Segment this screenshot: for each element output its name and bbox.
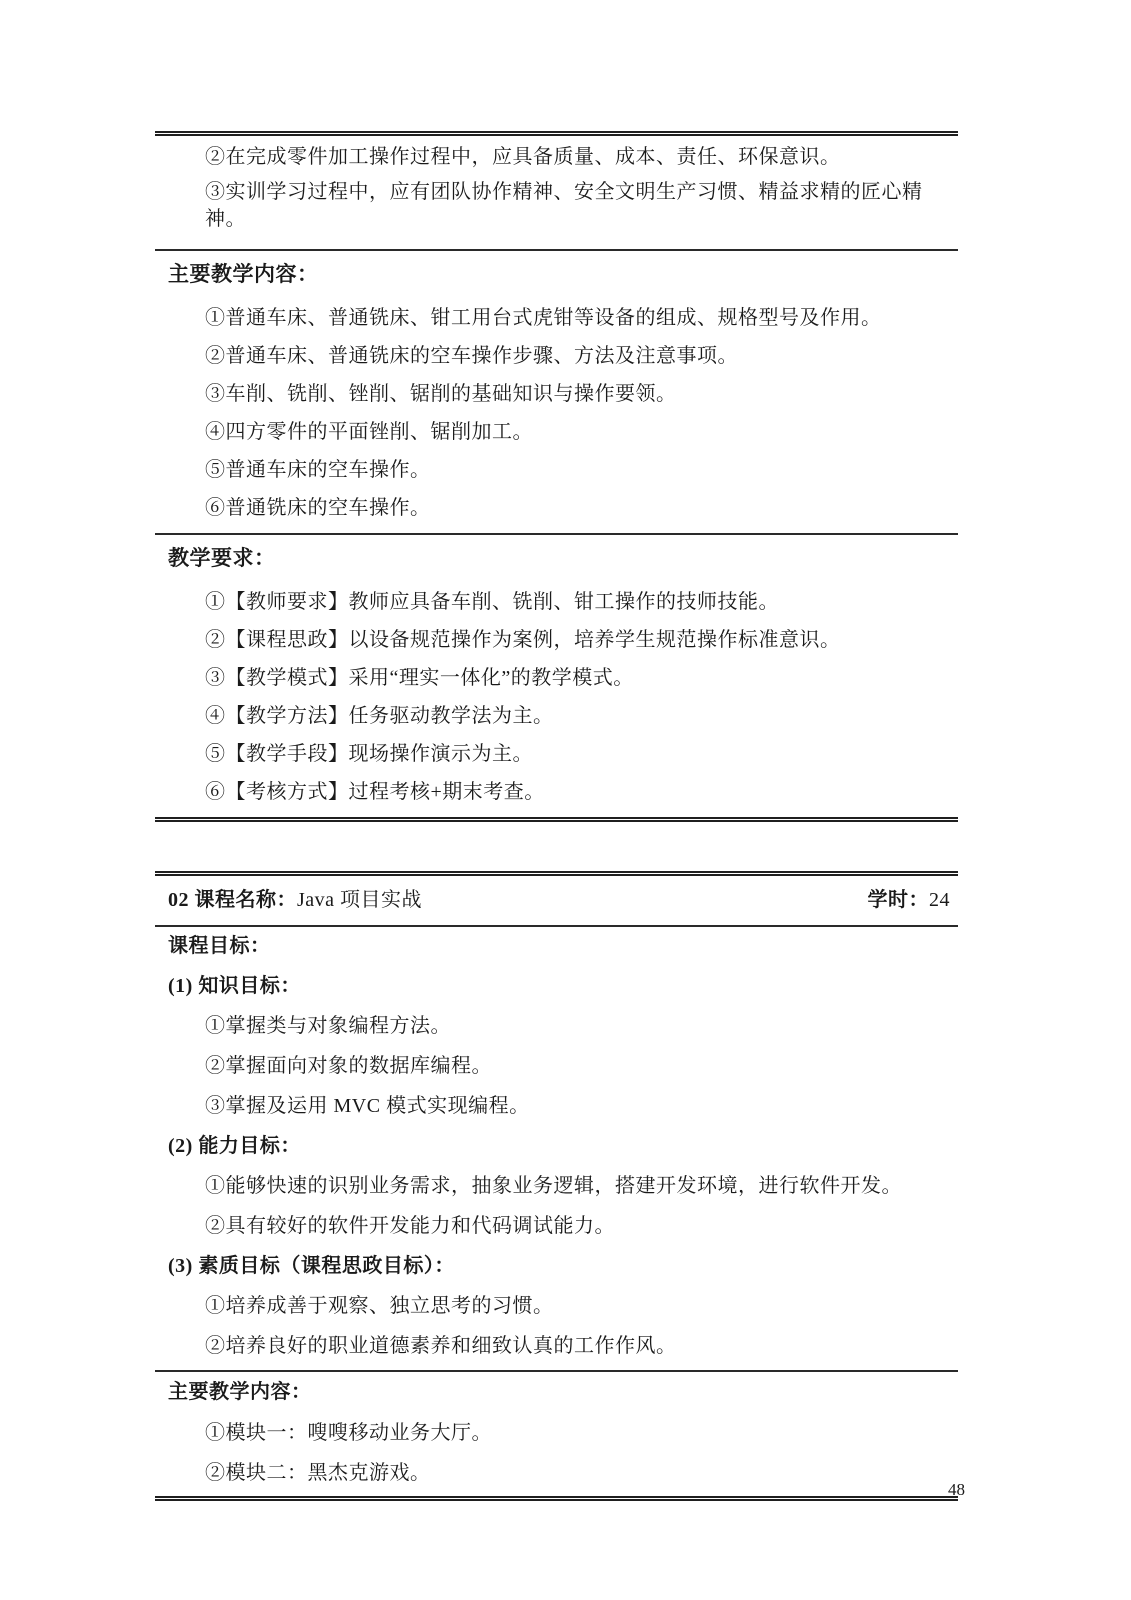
list-item: ②【课程思政】以设备规范操作为案例，培养学生规范操作标准意识。 [155,627,958,654]
list-item: ①【教师要求】教师应具备车削、铣削、钳工操作的技师技能。 [155,589,958,616]
document-page: ②在完成零件加工操作过程中，应具备质量、成本、责任、环保意识。 ③实训学习过程中… [0,0,1131,1600]
list-item: ⑥【考核方式】过程考核+期末考查。 [155,779,958,806]
list-item: ⑤【教学手段】现场操作演示为主。 [155,741,958,768]
objective-group-heading: (1) 知识目标： [155,973,958,1000]
table1-intro-row: ②在完成零件加工操作过程中，应具备质量、成本、责任、环保意识。 ③实训学习过程中… [155,136,958,249]
page-content: ②在完成零件加工操作过程中，应具备质量、成本、责任、环保意识。 ③实训学习过程中… [155,0,958,1501]
list-item: ⑥普通铣床的空车操作。 [155,495,958,522]
list-item: ④【教学方法】任务驱动教学法为主。 [155,703,958,730]
list-item: ①培养成善于观察、独立思考的习惯。 [155,1293,958,1320]
course-table-2: 02 课程名称：Java 项目实战 学时：24 课程目标： (1) 知识目标： … [155,871,958,1501]
section-heading: 教学要求： [155,545,958,573]
course-title: 02 课程名称：Java 项目实战 [168,887,422,914]
objective-group-heading: (2) 能力目标： [155,1133,958,1160]
list-item: ②普通车床、普通铣床的空车操作步骤、方法及注意事项。 [155,343,958,370]
list-item: ②模块二：黑杰克游戏。 [155,1460,958,1487]
course-table-1: ②在完成零件加工操作过程中，应具备质量、成本、责任、环保意识。 ③实训学习过程中… [155,131,958,822]
page-number: 48 [948,1479,965,1501]
course-objectives-section: 课程目标： (1) 知识目标： ①掌握类与对象编程方法。 ②掌握面向对象的数据库… [155,925,958,1370]
list-item: ⑤普通车床的空车操作。 [155,457,958,484]
course-teaching-content-section: 主要教学内容： ①模块一：嗖嗖移动业务大厅。 ②模块二：黑杰克游戏。 [155,1370,958,1496]
hours-value: 24 [929,889,950,911]
table1-teaching-requirements-section: 教学要求： ①【教师要求】教师应具备车削、铣削、钳工操作的技师技能。 ②【课程思… [155,533,958,817]
course-name-value: Java 项目实战 [297,889,422,911]
table1-teaching-content-section: 主要教学内容： ①普通车床、普通铣床、钳工用台式虎钳等设备的组成、规格型号及作用… [155,249,958,533]
course-hours: 学时：24 [868,887,951,914]
objective-group-heading: (3) 素质目标（课程思政目标）： [155,1253,958,1280]
list-item: ③实训学习过程中，应有团队协作精神、安全文明生产习惯、精益求精的匠心精神。 [155,179,958,233]
list-item: ①能够快速的识别业务需求，抽象业务逻辑，搭建开发环境，进行软件开发。 [155,1173,958,1200]
section-heading: 主要教学内容： [155,1379,958,1406]
list-item: ③掌握及运用 MVC 模式实现编程。 [155,1093,958,1120]
objectives-heading: 课程目标： [155,933,958,960]
list-item: ②在完成零件加工操作过程中，应具备质量、成本、责任、环保意识。 [155,144,958,171]
section-heading: 主要教学内容： [155,261,958,289]
list-item: ①模块一：嗖嗖移动业务大厅。 [155,1420,958,1447]
list-item: ②具有较好的软件开发能力和代码调试能力。 [155,1213,958,1240]
hours-label: 学时： [868,889,930,911]
list-item: ③【教学模式】采用“理实一体化”的教学模式。 [155,665,958,692]
list-item: ①普通车床、普通铣床、钳工用台式虎钳等设备的组成、规格型号及作用。 [155,305,958,332]
course-name-label: 02 课程名称： [168,889,297,911]
list-item: ①掌握类与对象编程方法。 [155,1013,958,1040]
list-item: ②培养良好的职业道德素养和细致认真的工作作风。 [155,1333,958,1360]
list-item: ④四方零件的平面锉削、锯削加工。 [155,419,958,446]
course-header-row: 02 课程名称：Java 项目实战 学时：24 [155,876,958,925]
list-item: ③车削、铣削、锉削、锯削的基础知识与操作要领。 [155,381,958,408]
list-item: ②掌握面向对象的数据库编程。 [155,1053,958,1080]
